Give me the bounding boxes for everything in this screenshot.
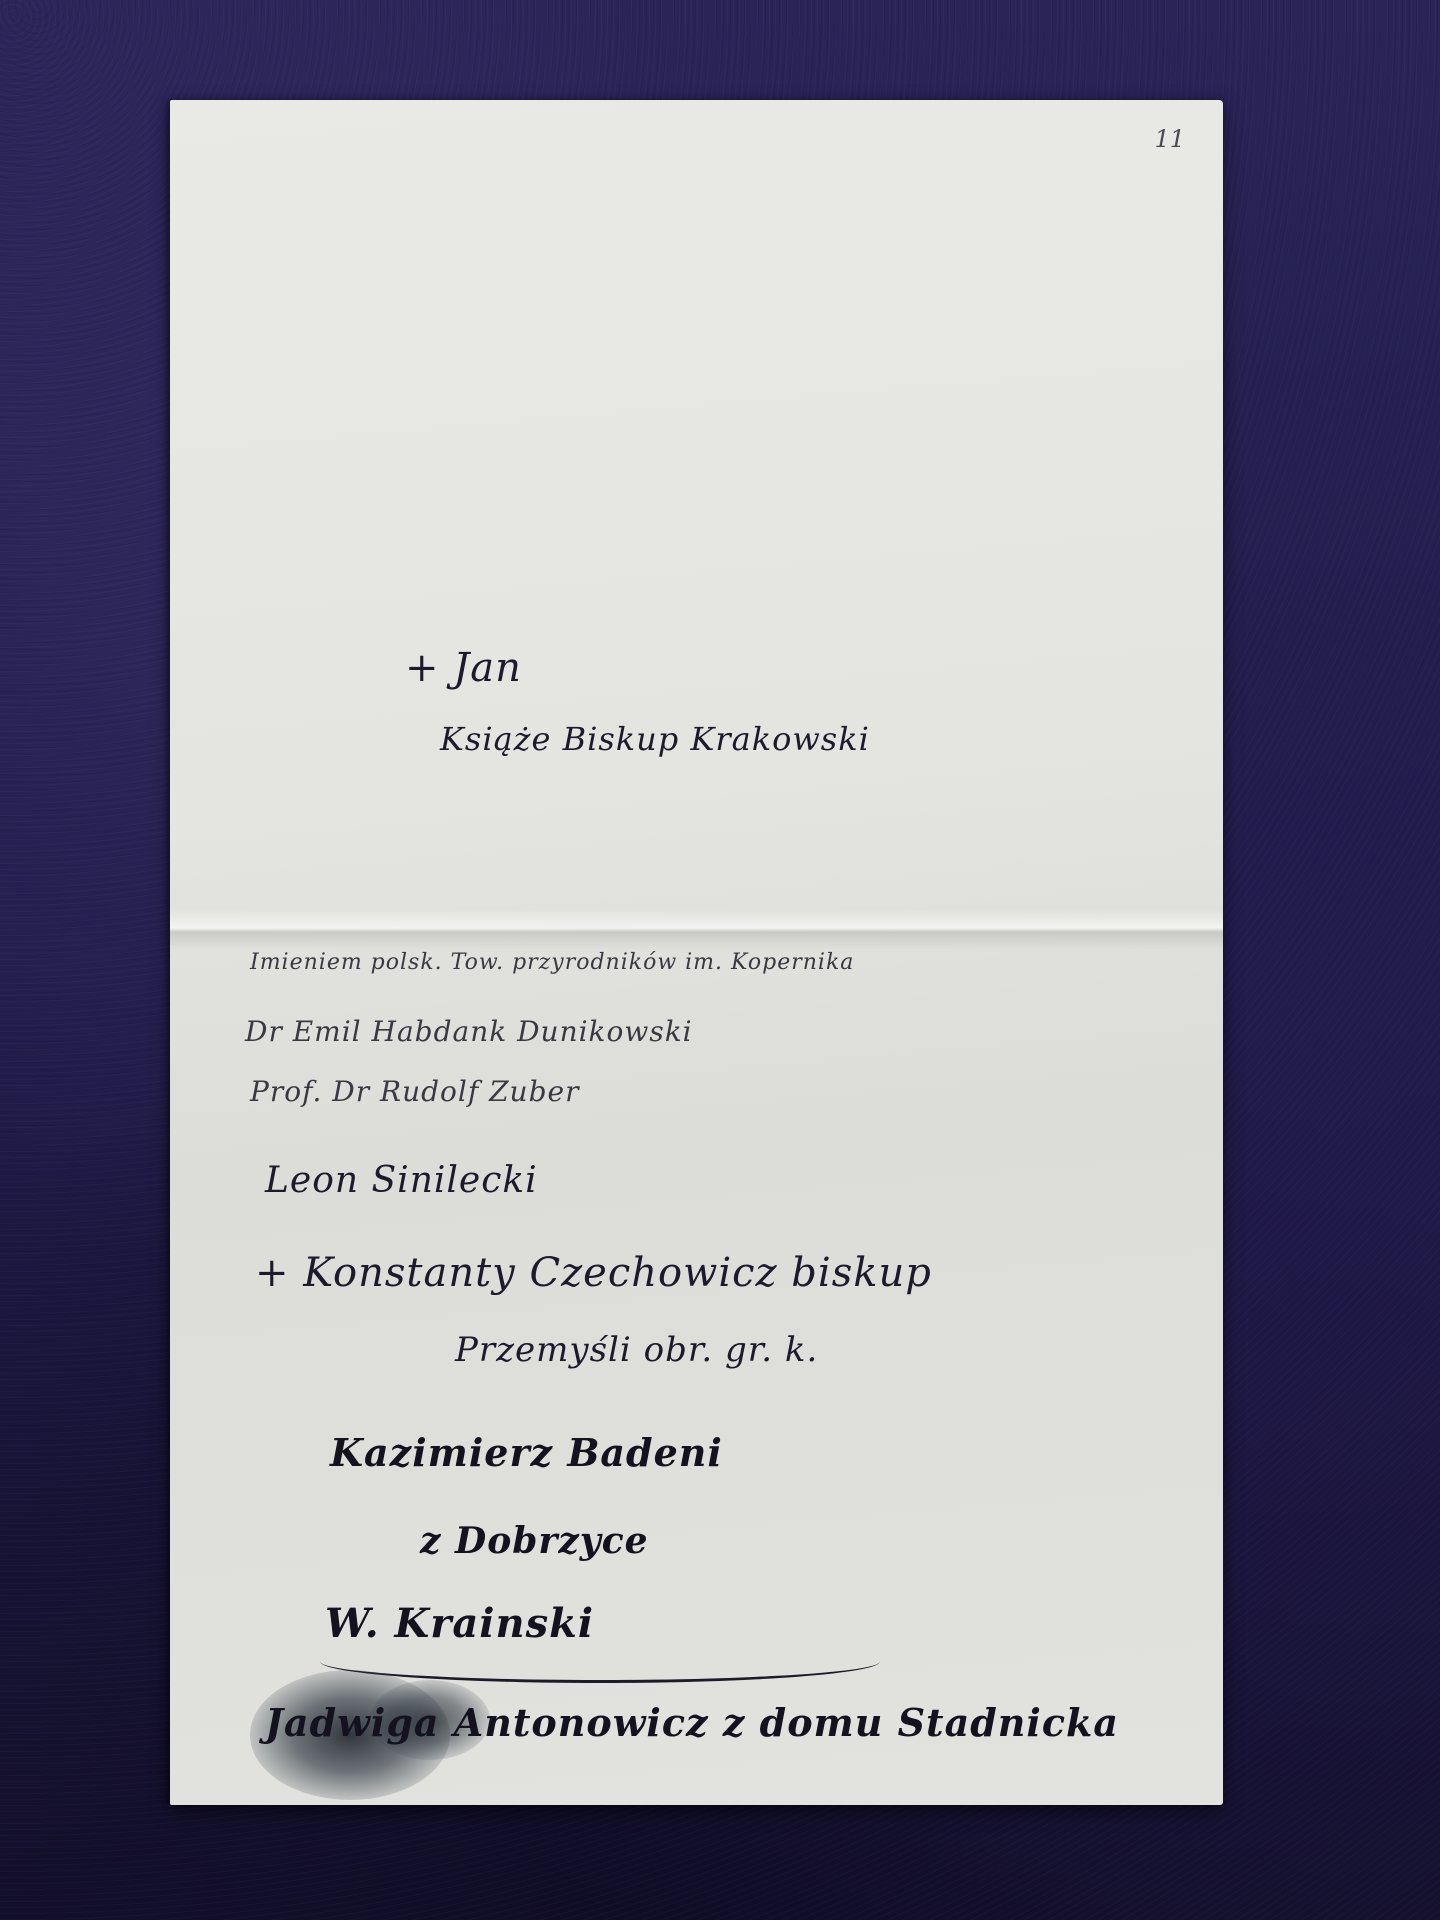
signature-dobrzyce: z Dobrzyce	[420, 1520, 649, 1562]
signature-emil: Dr Emil Habdank Dunikowski	[245, 1015, 693, 1048]
signature-stadnicka: Jadwiga Antonowicz z domu Stadnicka	[265, 1700, 1119, 1745]
signature-flourish	[320, 1640, 880, 1683]
document-sheet: 11 + Jan Książe Biskup Krakowski Imienie…	[170, 100, 1223, 1805]
paper-fold-crease	[170, 910, 1223, 950]
signature-konstanty-line2: Przemyśli obr. gr. k.	[455, 1330, 818, 1370]
society-line: Imieniem polsk. Tow. przyrodników im. Ko…	[250, 950, 854, 975]
page-number: 11	[1154, 125, 1185, 153]
signature-kazimierz: Kazimierz Badeni	[330, 1430, 723, 1475]
signature-jan-line2: Książe Biskup Krakowski	[440, 720, 870, 758]
signature-konstanty-line1: + Konstanty Czechowicz biskup	[255, 1250, 932, 1296]
signature-jan-line1: + Jan	[405, 645, 522, 691]
signature-rudolf-zuber: Prof. Dr Rudolf Zuber	[250, 1075, 579, 1108]
signature-leon: Leon Sinilecki	[265, 1160, 538, 1201]
